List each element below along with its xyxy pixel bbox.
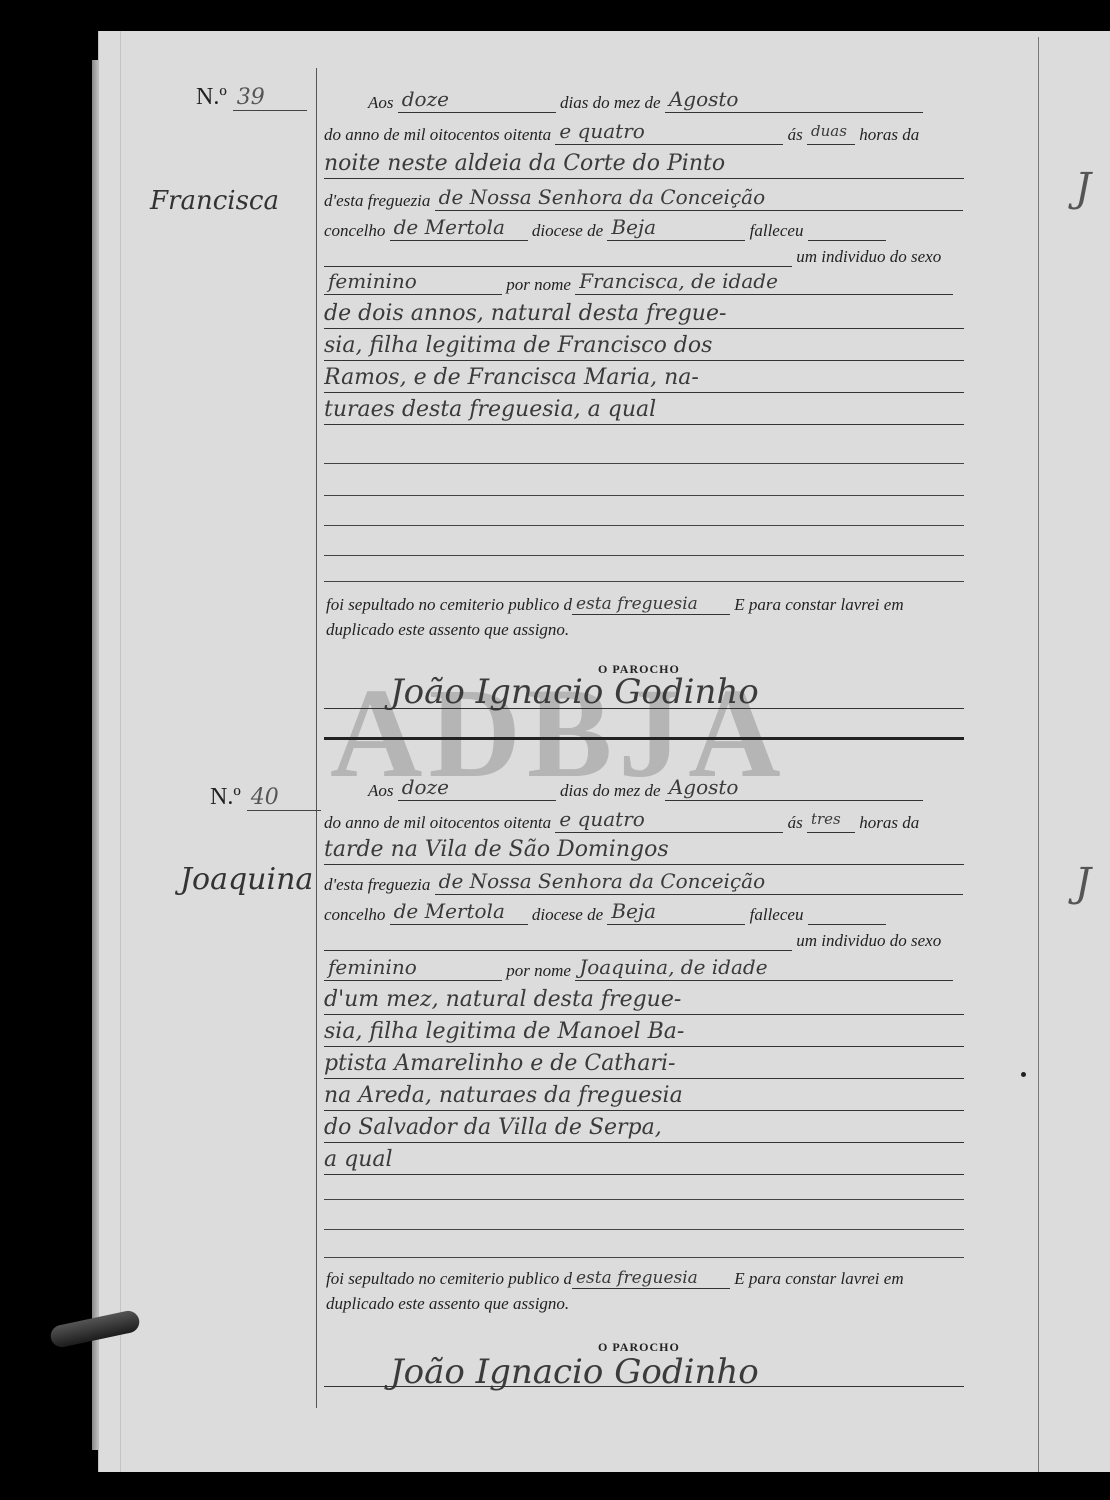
cemetery-field: esta freguesia xyxy=(572,594,730,615)
month-field: Agosto xyxy=(665,774,923,801)
adjacent-page-script: J xyxy=(1075,860,1091,906)
details-line: d'um mez, natural desta fregue- xyxy=(324,986,964,1015)
parish-line: d'esta freguezia de Nossa Senhora da Con… xyxy=(324,184,964,214)
parish-line: d'esta freguezia de Nossa Senhora da Con… xyxy=(324,868,964,898)
blank-line xyxy=(324,462,964,464)
place-field: noite neste aldeia da Corte do Pinto xyxy=(324,150,964,179)
adjacent-page-script: J xyxy=(1075,165,1091,211)
page-gutter xyxy=(1038,37,1039,1472)
details-line: na Areda, naturaes da freguesia xyxy=(324,1082,964,1111)
blank-line xyxy=(324,554,964,556)
year-field: e quatro xyxy=(555,806,783,833)
details-line: do Salvador da Villa de Serpa, xyxy=(324,1114,964,1143)
month-field: Agosto xyxy=(665,86,923,113)
individuo-line: um individuo do sexo xyxy=(324,240,964,270)
sex-field: feminino xyxy=(324,954,502,981)
individuo-line: um individuo do sexo xyxy=(324,924,964,954)
blank-line xyxy=(324,494,964,496)
margin-name: Francisca xyxy=(150,186,279,216)
details-line: turaes desta freguesia, a qual xyxy=(324,396,964,425)
duplicate-line: duplicado este assento que assigno. xyxy=(326,1294,569,1314)
place-field: tarde na Vila de São Domingos xyxy=(324,836,964,865)
margin-name: Joaquina xyxy=(180,862,313,897)
day-field: doze xyxy=(398,774,556,801)
year-line: do anno de mil oitocentos oitenta e quat… xyxy=(324,118,964,148)
entry-number-value: 39 xyxy=(233,85,307,111)
parocho-signature: João Ignacio Godinho xyxy=(390,672,759,712)
signature-line xyxy=(324,1386,964,1387)
details-line: sia, filha legitima de Francisco dos xyxy=(324,332,964,361)
details-line: Ramos, e de Francisca Maria, na- xyxy=(324,364,964,393)
date-line: Aos doze dias do mez de Agosto xyxy=(324,86,964,116)
hour-field: duas xyxy=(807,118,855,145)
duplicate-line: duplicado este assento que assigno. xyxy=(326,620,569,640)
ink-spot xyxy=(1021,1072,1026,1077)
burial-line: foi sepultado no cemiterio publico desta… xyxy=(326,594,904,615)
diocese-field: Beja xyxy=(607,214,745,241)
margin-rule xyxy=(120,31,121,1472)
cemetery-field: esta freguesia xyxy=(572,1268,730,1289)
blank-line xyxy=(324,580,964,582)
entry-number: N.º 39 xyxy=(196,84,307,111)
name-field: Joaquina, de idade xyxy=(575,954,953,981)
signature-line xyxy=(324,708,964,709)
concelho-field: de Mertola xyxy=(390,214,528,241)
name-line: feminino por nome Francisca, de idade xyxy=(324,268,964,298)
details-line: a qual xyxy=(324,1146,964,1175)
year-field: e quatro xyxy=(555,118,783,145)
parish-field: de Nossa Senhora da Conceição xyxy=(435,868,963,895)
name-field: Francisca, de idade xyxy=(575,268,953,295)
parish-field: de Nossa Senhora da Conceição xyxy=(435,184,963,211)
details-line: ptista Amarelinho e de Cathari- xyxy=(324,1050,964,1079)
blank-line xyxy=(324,1198,964,1200)
diocese-field: Beja xyxy=(607,898,745,925)
date-line: Aos doze dias do mez de Agosto xyxy=(324,774,964,804)
day-field: doze xyxy=(398,86,556,113)
entry-number-value: 40 xyxy=(247,785,321,811)
entry-separator xyxy=(324,737,964,740)
sex-field: feminino xyxy=(324,268,502,295)
blank-line xyxy=(324,1256,964,1258)
hour-field: tres xyxy=(807,806,855,833)
concelho-field: de Mertola xyxy=(390,898,528,925)
name-line: feminino por nome Joaquina, de idade xyxy=(324,954,964,984)
entry-number: N.º 40 xyxy=(210,784,321,811)
details-line: sia, filha legitima de Manoel Ba- xyxy=(324,1018,964,1047)
burial-line: foi sepultado no cemiterio publico desta… xyxy=(326,1268,904,1289)
blank-line xyxy=(324,524,964,526)
details-line: de dois annos, natural desta fregue- xyxy=(324,300,964,329)
year-line: do anno de mil oitocentos oitenta e quat… xyxy=(324,806,964,836)
column-rule xyxy=(316,68,317,1408)
blank-line xyxy=(324,1228,964,1230)
